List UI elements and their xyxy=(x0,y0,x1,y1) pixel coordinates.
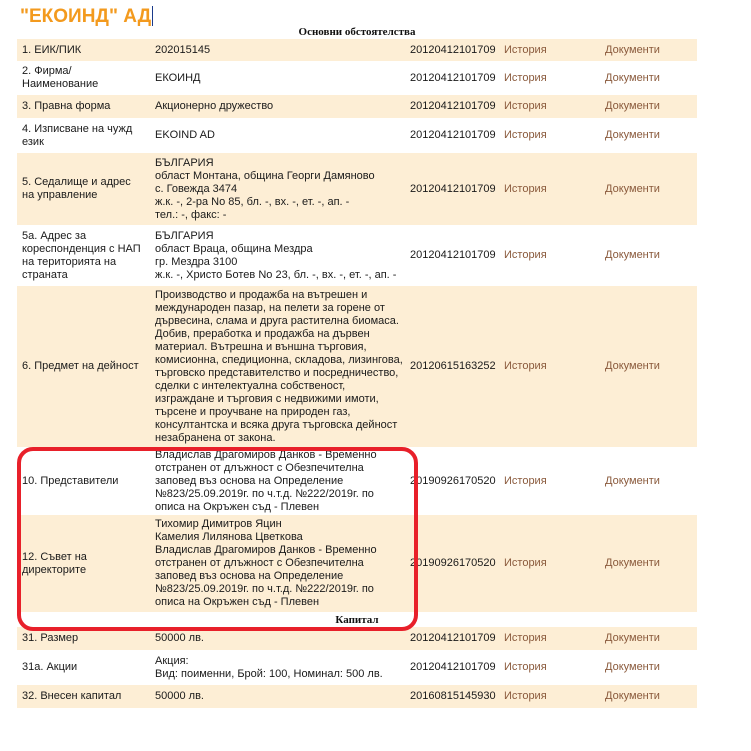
row-label: 4. Изписване на чужд език xyxy=(22,118,152,153)
text-cursor xyxy=(152,6,153,26)
row-value: Производство и продажба на вътрешен и ме… xyxy=(155,286,405,447)
row-value: Владислав Драгомиров Данков - Временно о… xyxy=(155,447,405,515)
history-link[interactable]: История xyxy=(504,183,547,196)
row-date: 20120412101709 xyxy=(410,39,505,61)
documents-link[interactable]: Документи xyxy=(605,44,660,57)
row-date: 20120615163252 xyxy=(410,286,505,447)
documents-link[interactable]: Документи xyxy=(605,129,660,142)
row-value: Тихомир Димитров Яцин Камелия Лилянова Ц… xyxy=(155,515,405,612)
row-value: 202015145 xyxy=(155,39,405,61)
documents-link[interactable]: Документи xyxy=(605,632,660,645)
documents-link[interactable]: Документи xyxy=(605,475,660,488)
history-link[interactable]: История xyxy=(504,129,547,142)
documents-link[interactable]: Документи xyxy=(605,72,660,85)
documents-link[interactable]: Документи xyxy=(605,183,660,196)
row-value: 50000 лв. xyxy=(155,685,405,708)
row-label: 12. Съвет на директорите xyxy=(22,515,152,612)
row-label: 6. Предмет на дейност xyxy=(22,286,152,447)
documents-link[interactable]: Документи xyxy=(605,100,660,113)
row-label: 2. Фирма/ Наименование xyxy=(22,61,152,95)
row-board-of-directors: 12. Съвет на директоритеТихомир Димитров… xyxy=(17,515,697,612)
row-label: 1. ЕИК/ПИК xyxy=(22,39,152,61)
row-value: Акция: Вид: поименни, Брой: 100, Номинал… xyxy=(155,650,405,685)
row-label: 5. Седалище и адрес на управление xyxy=(22,153,152,225)
company-title: "ЕКОИНД" АД xyxy=(20,6,153,28)
section-header-main: Основни обстоятелства xyxy=(17,26,697,38)
row-capital-size: 31. Размер50000 лв.20120412101709История… xyxy=(17,627,697,650)
row-label: 5а. Адрес за кореспонденция с НАП на тер… xyxy=(22,225,152,286)
row-date: 20120412101709 xyxy=(410,61,505,95)
row-value: БЪЛГАРИЯ област Враца, община Мездра гр.… xyxy=(155,225,405,286)
row-value: ЕКОИНД xyxy=(155,61,405,95)
row-value: 50000 лв. xyxy=(155,627,405,650)
row-date: 20120412101709 xyxy=(410,153,505,225)
row-date: 20120412101709 xyxy=(410,118,505,153)
row-label: 3. Правна форма xyxy=(22,95,152,118)
row-date: 20120412101709 xyxy=(410,627,505,650)
history-link[interactable]: История xyxy=(504,360,547,373)
row-legal-form: 3. Правна формаАкционерно дружество20120… xyxy=(17,95,697,118)
row-representatives: 10. ПредставителиВладислав Драгомиров Да… xyxy=(17,447,697,515)
row-date: 20120412101709 xyxy=(410,225,505,286)
row-value: Акционерно дружество xyxy=(155,95,405,118)
history-link[interactable]: История xyxy=(504,100,547,113)
row-date: 20190926170520 xyxy=(410,447,505,515)
row-label: 31. Размер xyxy=(22,627,152,650)
row-date: 20190926170520 xyxy=(410,515,505,612)
row-firm: 2. Фирма/ НаименованиеЕКОИНД201204121017… xyxy=(17,61,697,95)
row-date: 20120412101709 xyxy=(410,95,505,118)
row-paid-capital: 32. Внесен капитал50000 лв.2016081514593… xyxy=(17,685,697,708)
section-header-capital: Капитал xyxy=(17,614,697,626)
documents-link[interactable]: Документи xyxy=(605,249,660,262)
row-label: 31а. Акции xyxy=(22,650,152,685)
documents-link[interactable]: Документи xyxy=(605,661,660,674)
row-label: 32. Внесен капитал xyxy=(22,685,152,708)
documents-link[interactable]: Документи xyxy=(605,690,660,703)
company-title-text: "ЕКОИНД" АД xyxy=(20,6,151,27)
row-foreign-name: 4. Изписване на чужд езикEKOIND AD201204… xyxy=(17,118,697,153)
history-link[interactable]: История xyxy=(504,661,547,674)
history-link[interactable]: История xyxy=(504,690,547,703)
row-date: 20120412101709 xyxy=(410,650,505,685)
row-business-scope: 6. Предмет на дейностПроизводство и прод… xyxy=(17,286,697,447)
row-eik: 1. ЕИК/ПИК20201514520120412101709История… xyxy=(17,39,697,61)
history-link[interactable]: История xyxy=(504,249,547,262)
history-link[interactable]: История xyxy=(504,44,547,57)
documents-link[interactable]: Документи xyxy=(605,557,660,570)
history-link[interactable]: История xyxy=(504,632,547,645)
history-link[interactable]: История xyxy=(504,475,547,488)
row-label: 10. Представители xyxy=(22,447,152,515)
history-link[interactable]: История xyxy=(504,72,547,85)
row-value: БЪЛГАРИЯ област Монтана, община Георги Д… xyxy=(155,153,405,225)
history-link[interactable]: История xyxy=(504,557,547,570)
row-value: EKOIND AD xyxy=(155,118,405,153)
row-shares: 31а. АкцииАкция: Вид: поименни, Брой: 10… xyxy=(17,650,697,685)
row-nap-address: 5а. Адрес за кореспонденция с НАП на тер… xyxy=(17,225,697,286)
documents-link[interactable]: Документи xyxy=(605,360,660,373)
row-date: 20160815145930 xyxy=(410,685,505,708)
row-seat-address: 5. Седалище и адрес на управлениеБЪЛГАРИ… xyxy=(17,153,697,225)
